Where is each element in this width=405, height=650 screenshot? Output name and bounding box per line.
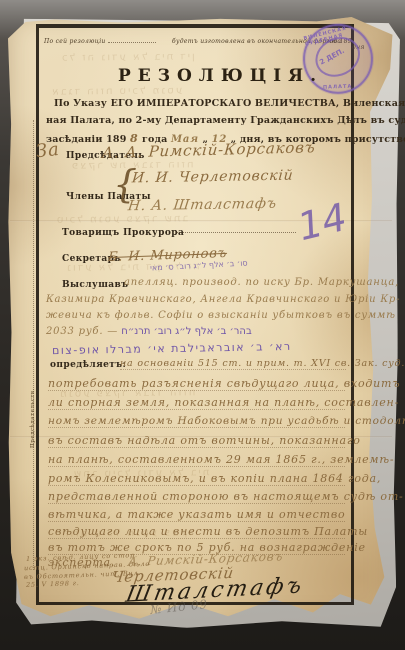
fill-line — [108, 34, 156, 43]
heard-line: апелляц. производ. по иску Бр. Маркушанц… — [124, 277, 399, 288]
ruling-label: опредѣляетъ: — [50, 360, 126, 370]
member1-name-handwritten: И. И. Черлетовскій — [131, 168, 294, 187]
ruling-line: въ составъ надѣла отъ вотчины, показанна… — [48, 434, 345, 448]
heard-line: жевича къ фольв. Софіи о взысканіи убытк… — [46, 310, 396, 321]
ruling-line: представленной стороною въ настоящемъ су… — [48, 490, 345, 504]
za-handwritten: За — [35, 139, 61, 162]
photo-of-document: כל זה נודע אל בית דין אבגד הוזח טיכל מנס… — [0, 0, 405, 650]
preamble-line2: ная Палата, по 2-му Департаменту Граждан… — [46, 115, 405, 126]
ruling-line: потребовать разъясненія свѣдущаго лица, … — [48, 377, 345, 391]
ruling-line: свѣдущаго лица и внести въ депозитъ Пала… — [48, 525, 345, 539]
heard-line4-purple: בהר׳ ב׳ אלף ל״ג רוב׳ תרנ״ח — [121, 326, 251, 337]
fill-line — [176, 224, 296, 233]
ruling-line: номъ землемѣромъ Набоковымъ при усадьбѣ … — [48, 415, 345, 428]
heard-line: 2033 руб. — בהר׳ ב׳ אלף ל״ג רוב׳ תרנ״ח — [46, 326, 252, 337]
ruling-line: ромъ Колесниковымъ, и въ копіи плана 186… — [48, 472, 345, 486]
ruling-line: на основаніи 515 ст. и прим. т. XVI св. … — [120, 358, 346, 370]
top-note-left: По сей резолюціи — [44, 38, 106, 45]
heard-label: Выслушавъ — [62, 280, 128, 290]
document-title: РЕЗОЛЮЦІЯ. — [118, 66, 323, 86]
preamble-line1: По Указу ЕГО ИМПЕРАТОРСКАГО ВЕЛИЧЕСТВА, … — [54, 98, 405, 109]
ruling-line: на планѣ, составленномъ 29 мая 1865 г., … — [48, 453, 345, 467]
heard-line: Казимира Кравчинскаго, Ангела Кравчинска… — [46, 294, 400, 305]
heard-line4-brown: 2033 руб. — — [46, 326, 118, 337]
ruling-line: ли спорная земля, показанная на планѣ, с… — [48, 396, 345, 410]
margin-rule — [33, 120, 34, 570]
ruling-line: вѣтчика, а также указать имя и отчество — [48, 508, 345, 522]
stamp-arc-bottom-text: ПАЛАТА — [323, 84, 353, 91]
member2-name-handwritten: Н. А. Шталстафъ — [127, 196, 278, 215]
prosecutor-label: Товарищъ Прокурора — [62, 228, 184, 238]
margin-vertical-text: Предсѣдательств. — [30, 388, 36, 448]
ink-stamp: ВИЛЕНСКАЯ СУДЕБНАЯ 2 ДЕП. ПАЛАТА — [294, 17, 380, 101]
